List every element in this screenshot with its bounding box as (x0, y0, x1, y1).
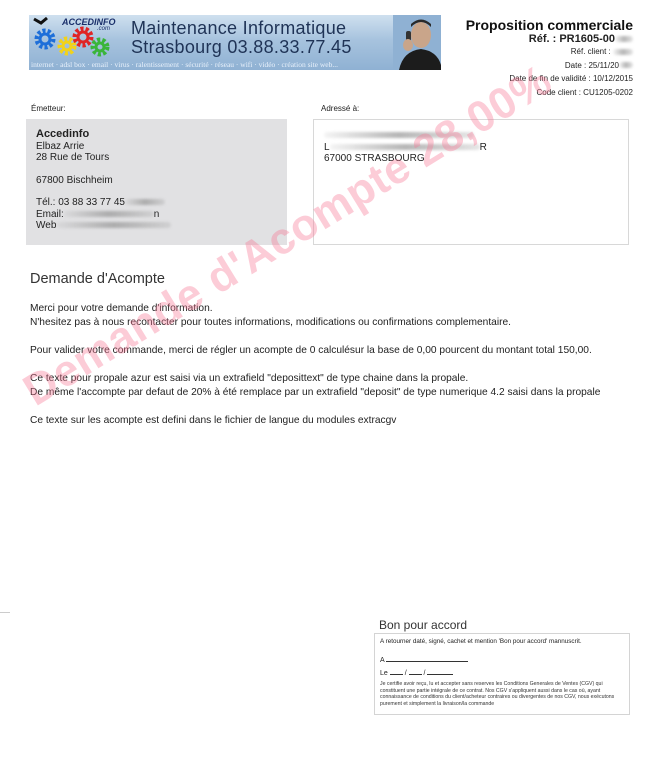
date-text: Date : 25/11/20 (565, 61, 619, 70)
document-title: Proposition commerciale (466, 17, 633, 33)
sender-email: Email:n (36, 209, 171, 221)
year-line (427, 667, 453, 675)
ref-client-label: Réf. client : (571, 47, 611, 56)
sender-name: Accedinfo (36, 129, 171, 141)
redacted (64, 211, 154, 217)
place-line (386, 654, 468, 662)
sender-phone: Tél.: 03 88 33 77 45 (36, 197, 171, 209)
document-date: Date : 25/11/20 (466, 59, 633, 73)
banner-line-1: Maintenance Informatique (131, 18, 346, 39)
paragraph: Ce texte pour propale azur est saisi via… (30, 372, 630, 400)
approval-date: Le / / (380, 667, 624, 677)
approval-instruction: A retourner daté, signé, cachet et menti… (380, 638, 624, 645)
approval-place: A (380, 654, 624, 664)
banner-line-2: Strasbourg 03.88.33.77.45 (131, 37, 352, 58)
redacted (615, 36, 633, 42)
sender-label: Émetteur: (31, 104, 66, 113)
recipient-line-2-start: L (324, 142, 330, 153)
section-title: Demande d'Acompte (30, 271, 165, 287)
logo-suffix: .com (97, 26, 110, 32)
email-tail: n (154, 209, 160, 220)
person-photo-icon (393, 15, 441, 70)
sender-street: 28 Rue de Tours (36, 152, 171, 164)
phone-text: Tél.: 03 88 33 77 45 (36, 197, 125, 208)
banner-tags: internet · adsl box · email · virus · ra… (29, 60, 441, 69)
approval-title: Bon pour accord (379, 618, 467, 632)
sender-city: 67800 Bischheim (36, 175, 171, 187)
approval-box: A retourner daté, signé, cachet et menti… (374, 633, 630, 715)
date-label: Le (380, 670, 388, 677)
sender-web: Web (36, 220, 171, 232)
ref-text: Réf. : PR1605-00 (529, 33, 615, 45)
redacted (125, 199, 165, 205)
document-ref: Réf. : PR1605-00 (466, 33, 633, 45)
redacted (56, 222, 171, 228)
fold-mark (0, 612, 10, 613)
paragraph: Ce texte sur les acompte est defini dans… (30, 414, 630, 428)
email-label: Email: (36, 209, 64, 220)
day-line (390, 667, 403, 675)
place-label: A (380, 657, 384, 664)
company-banner: ACCEDINFO .com Maintenance Informatique … (29, 15, 441, 70)
approval-legal-text: Je certifie avoir reçu, lu et accepter s… (380, 681, 624, 707)
month-line (409, 667, 422, 675)
recipient-label: Adressé à: (321, 104, 359, 113)
redacted (619, 62, 633, 68)
redacted (613, 49, 633, 55)
web-label: Web (36, 220, 56, 231)
sender-contact: Elbaz Arrie (36, 141, 171, 153)
sender-box: Accedinfo Elbaz Arrie 28 Rue de Tours 67… (26, 119, 287, 245)
ref-client: Réf. client : (466, 45, 633, 59)
